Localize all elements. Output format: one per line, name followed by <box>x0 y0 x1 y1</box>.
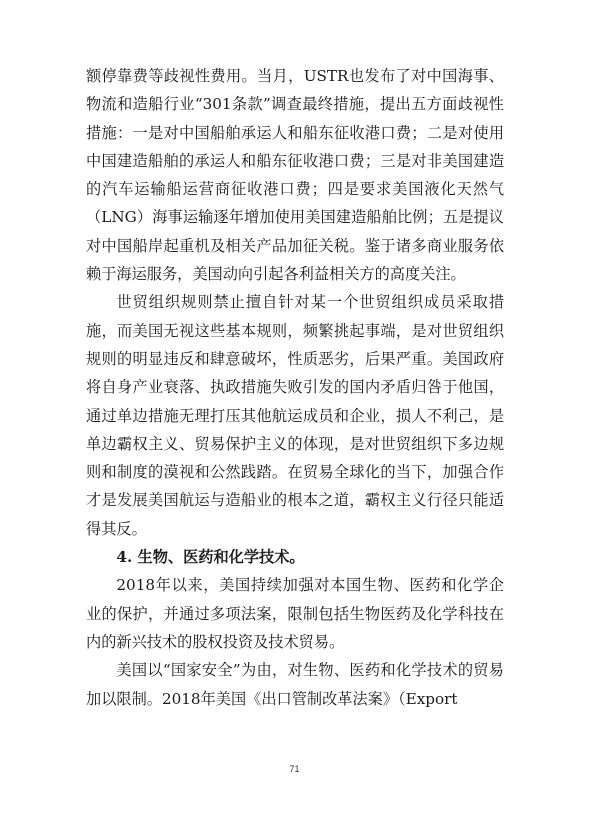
paragraph-since-2018: 2018年以来，美国持续加强对本国生物、医药和化学企业的保护，并通过多项法案，限… <box>86 571 504 656</box>
paragraph-national-security: 美国以“国家安全”为由，对生物、医药和化学技术的贸易加以限制。2018年美国《出… <box>86 656 504 713</box>
section-heading: 4. 生物、医药和化学技术。 <box>86 543 504 571</box>
paragraph-continuation: 额停靠费等歧视性费用。当月，USTR也发布了对中国海事、物流和造船行业“301条… <box>86 62 504 288</box>
document-page: 额停靠费等歧视性费用。当月，USTR也发布了对中国海事、物流和造船行业“301条… <box>0 0 589 833</box>
page-number: 71 <box>0 764 589 774</box>
paragraph-wto-rules: 世贸组织规则禁止擅自针对某一个世贸组织成员采取措施，而美国无视这些基本规则，频繁… <box>86 288 504 543</box>
body-text: 额停靠费等歧视性费用。当月，USTR也发布了对中国海事、物流和造船行业“301条… <box>86 62 504 713</box>
